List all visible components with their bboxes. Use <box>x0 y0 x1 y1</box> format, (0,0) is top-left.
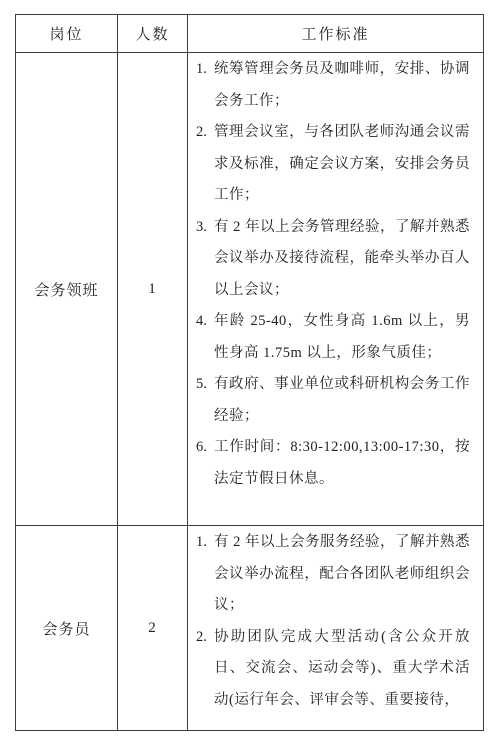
standard-item: 有 2 年以上会务管理经验，了解并熟悉会议举办及接待流程，能牵头举办百人以上会议… <box>214 212 470 307</box>
table-row-conference-staff: 会务员 2 有 2 年以上会务服务经验，了解并熟悉会议举办流程，配合各团队老师组… <box>16 526 484 731</box>
header-work-standards: 工作标准 <box>188 15 484 53</box>
headcount-cell: 2 <box>118 526 188 731</box>
standard-item: 有政府、事业单位或科研机构会务工作经验； <box>214 369 470 432</box>
standard-item: 有 2 年以上会务服务经验，了解并熟悉会议举办流程，配合各团队老师组织会议； <box>214 527 470 622</box>
standard-item: 工作时间：8:30-12:00,13:00-17:30，按法定节假日休息。 <box>214 432 470 495</box>
standard-item: 管理会议室，与各团队老师沟通会议需求及标准，确定会议方案，安排会务员工作； <box>214 117 470 212</box>
headcount-cell: 1 <box>118 53 188 526</box>
standard-item: 协助团队完成大型活动(含公众开放日、交流会、运动会等)、重大学术活动(运行年会、… <box>214 622 470 717</box>
header-position: 岗位 <box>16 15 118 53</box>
standard-item: 年龄 25-40，女性身高 1.6m 以上，男性身高 1.75m 以上，形象气质… <box>214 306 470 369</box>
standards-cell: 统筹管理会务员及咖啡师，安排、协调会务工作； 管理会议室，与各团队老师沟通会议需… <box>188 53 484 526</box>
header-headcount: 人数 <box>118 15 188 53</box>
header-row: 岗位 人数 工作标准 <box>16 15 484 53</box>
document-page: 岗位 人数 工作标准 会务领班 1 统筹管理会务员及咖啡师，安排、协调会务工作；… <box>0 0 496 742</box>
standards-list: 统筹管理会务员及咖啡师，安排、协调会务工作； 管理会议室，与各团队老师沟通会议需… <box>188 54 483 495</box>
standards-list: 有 2 年以上会务服务经验，了解并熟悉会议举办流程，配合各团队老师组织会议； 协… <box>188 527 483 716</box>
standard-item: 统筹管理会务员及咖啡师，安排、协调会务工作； <box>214 54 470 117</box>
job-standards-table: 岗位 人数 工作标准 会务领班 1 统筹管理会务员及咖啡师，安排、协调会务工作；… <box>15 14 484 731</box>
position-cell: 会务员 <box>16 526 118 731</box>
table-row-conference-lead: 会务领班 1 统筹管理会务员及咖啡师，安排、协调会务工作； 管理会议室，与各团队… <box>16 53 484 526</box>
standards-cell: 有 2 年以上会务服务经验，了解并熟悉会议举办流程，配合各团队老师组织会议； 协… <box>188 526 484 731</box>
position-cell: 会务领班 <box>16 53 118 526</box>
